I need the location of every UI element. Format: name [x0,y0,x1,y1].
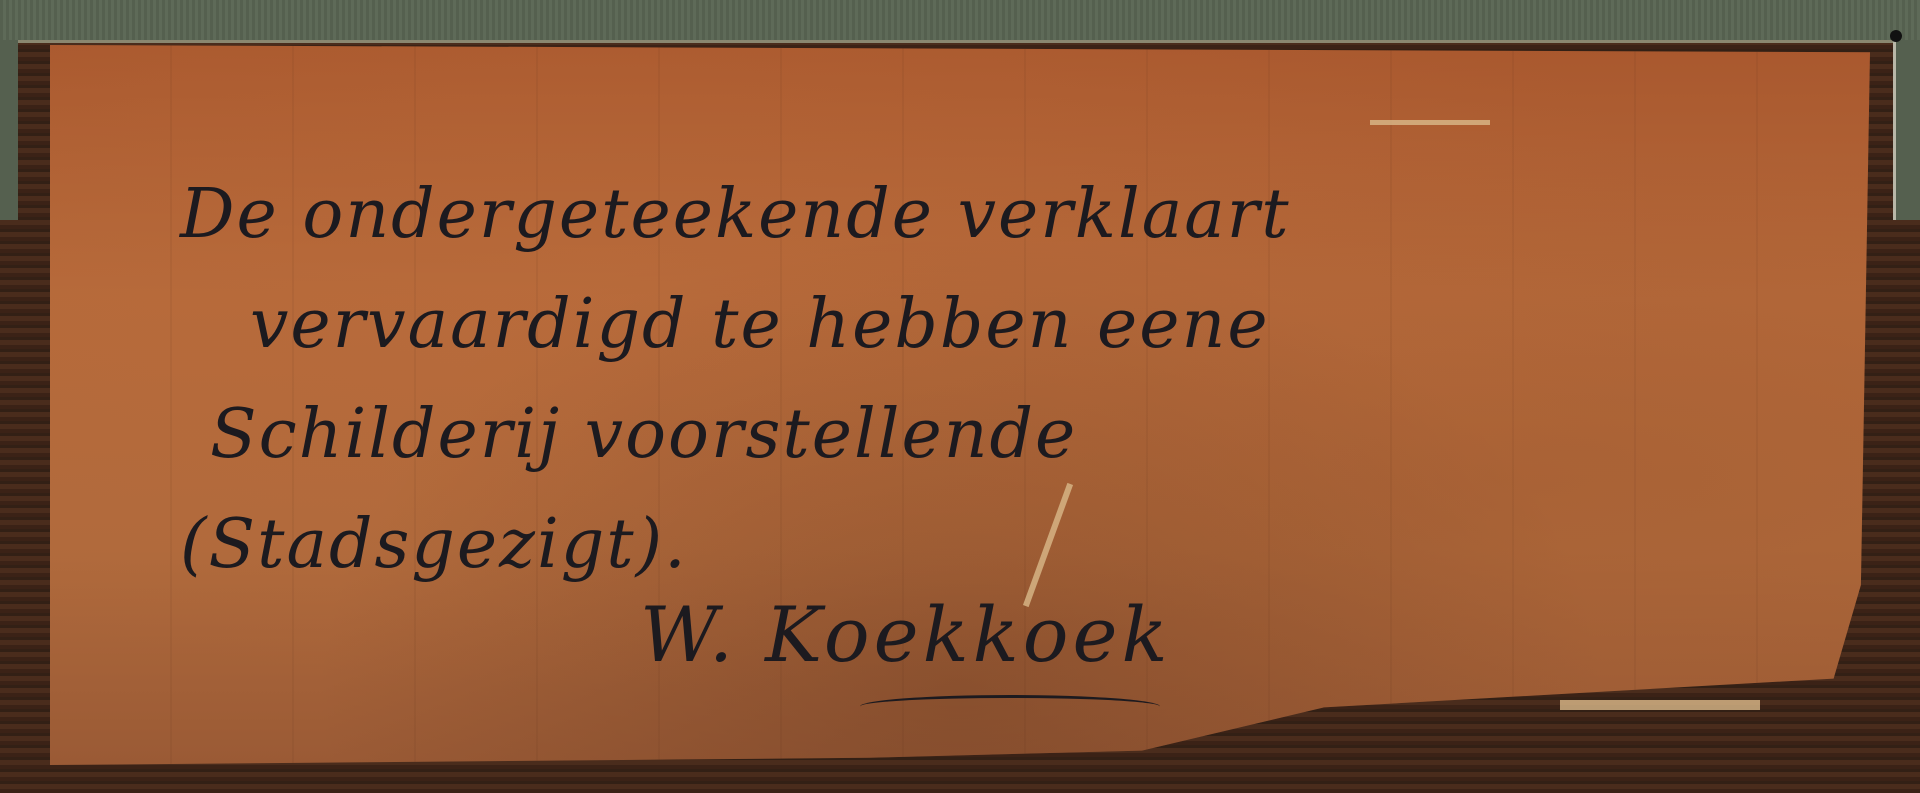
cloth-tape-right [1893,40,1920,220]
tack-hole [1890,30,1902,42]
cloth-tape-top [0,0,1920,43]
text-line: (Stadsgezigt). [180,490,1780,600]
paper-scratch [1370,120,1490,125]
handwritten-text: De ondergeteekende verklaart vervaardigd… [180,160,1780,600]
signature-flourish [860,695,1160,718]
text-line: De ondergeteekende verklaart [180,160,1780,270]
text-line: vervaardigd te hebben eene [180,270,1780,380]
cloth-tape-left [0,40,18,220]
paper-scratch [1560,700,1760,710]
signature: W. Koekkoek [640,590,1172,679]
text-line: Schilderij voorstellende [180,380,1780,490]
